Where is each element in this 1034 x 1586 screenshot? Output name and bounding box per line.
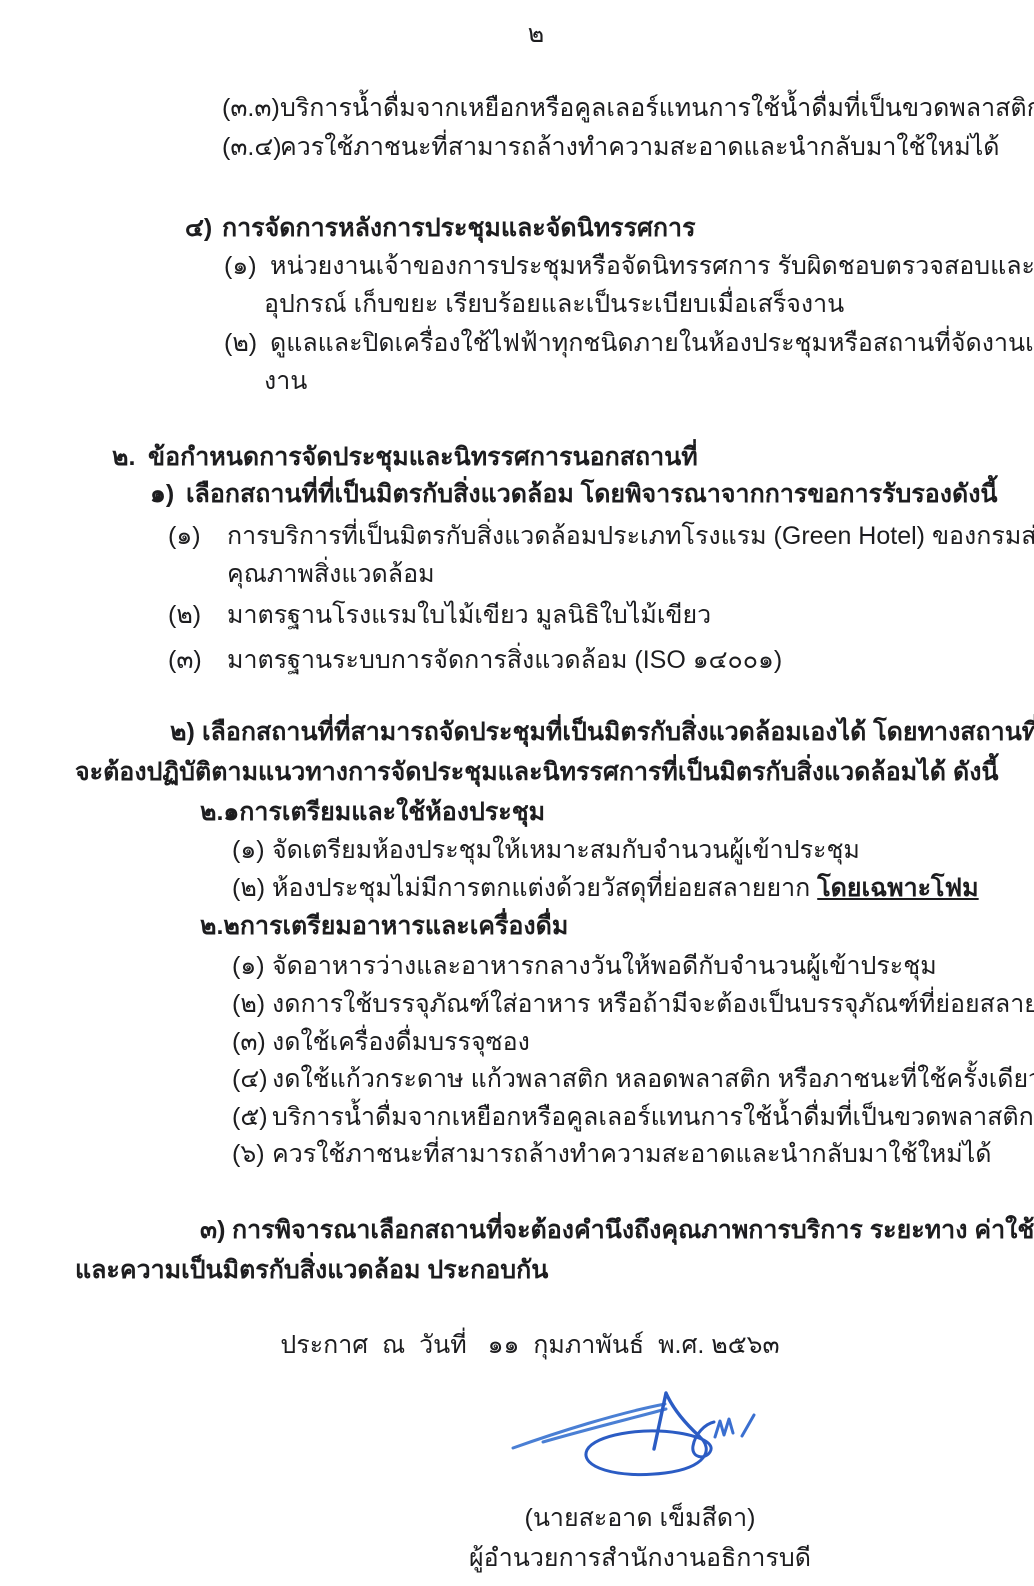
page-number: ๒ (36, 14, 1034, 54)
section-4-heading: ๔) การจัดการหลังการประชุมและจัดนิทรรศการ (185, 208, 696, 248)
page-number-text: ๒ (528, 14, 544, 54)
sub-1-item-2: (๒) มาตรฐานโรงแรมใบไม้เขียว มูลนิธิใบไม้… (168, 595, 711, 635)
list-item-marker: (๕) (232, 1097, 272, 1137)
paragraph-text: จะต้องปฏิบัติตามแนวทางการจัดประชุมและนิท… (75, 752, 999, 792)
paragraph-text: การพิจารณาเลือกสถานที่จะต้องคำนึงถึงคุณภ… (232, 1210, 1034, 1250)
sub-2-1-item-2: (๒) ห้องประชุมไม่มีการตกแต่งด้วยวัสดุที่… (232, 868, 979, 908)
signer-name-text: (นายสะอาด เข็มสีดา) (525, 1498, 756, 1538)
list-item-text: ดูแลและปิดเครื่องใช้ไฟฟ้าทุกชนิดภายในห้อ… (270, 323, 1034, 363)
paragraph-text: เลือกสถานที่ที่สามารถจัดประชุมที่เป็นมิต… (202, 712, 1034, 752)
list-item-marker: (๑) (224, 246, 270, 286)
signer-title: ผู้อำนวยการสำนักงานอธิการบดี (390, 1538, 890, 1578)
list-item-marker: (๑) (168, 516, 227, 556)
list-item-text-emphasis: โดยเฉพาะโฟม (817, 874, 978, 902)
section-2-marker: ๒. (112, 437, 148, 477)
sub-2-marker: ๒) (170, 712, 202, 752)
sub-2-1-item-1: (๑) จัดเตรียมห้องประชุมให้เหมาะสมกับจำนว… (232, 830, 860, 870)
sub-2-2-title: ๒.๒การเตรียมอาหารและเครื่องดื่ม (200, 906, 568, 946)
list-item-marker: (๑) (232, 830, 272, 870)
sub-2-2-item-4: (๔) งดใช้แก้วกระดาษ แก้วพลาสติก หลอดพลาส… (232, 1059, 1034, 1099)
section-2-title: ข้อกำหนดการจัดประชุมและนิทรรศการนอกสถานท… (148, 437, 698, 477)
section-4-item-2-line-1: (๒) ดูแลและปิดเครื่องใช้ไฟฟ้าทุกชนิดภายใ… (224, 323, 1034, 363)
section-4-title: การจัดการหลังการประชุมและจัดนิทรรศการ (222, 208, 696, 248)
list-item-marker: (๒) (224, 323, 270, 363)
list-item-text: บริการน้ำดื่มจากเหยือกหรือคูลเลอร์แทนการ… (272, 1097, 1034, 1137)
list-item-text: ควรใช้ภาชนะที่สามารถล้างทำความสะอาดและนำ… (280, 127, 1000, 167)
list-item-marker: (๓.๓) (222, 88, 280, 128)
list-item-marker: (๒) (232, 868, 272, 908)
signature-stroke-spike (654, 1393, 699, 1449)
list-item-marker: (๓) (232, 1022, 272, 1062)
list-item-marker: (๖) (232, 1134, 272, 1174)
list-item-text: อุปกรณ์ เก็บขยะ เรียบร้อยและเป็นระเบียบเ… (264, 284, 844, 324)
list-item-marker: (๓.๔) (222, 127, 280, 167)
sub-2-2-item-5: (๕) บริการน้ำดื่มจากเหยือกหรือคูลเลอร์แท… (232, 1097, 1034, 1137)
announcement-date-line: ประกาศ ณ วันที่ ๑๑ กุมภาพันธ์ พ.ศ. ๒๕๖๓ (180, 1325, 880, 1365)
list-item-text: งดการใช้บรรจุภัณฑ์ใส่อาหาร หรือถ้ามีจะต้… (272, 984, 1034, 1024)
signature-stroke-squiggle (715, 1415, 754, 1437)
list-item-text: มาตรฐานโรงแรมใบไม้เขียว มูลนิธิใบไม้เขีย… (227, 595, 711, 635)
signature-icon (503, 1380, 759, 1484)
sub-2-2-heading: ๒.๒การเตรียมอาหารและเครื่องดื่ม (200, 906, 568, 946)
list-item-text: จัดเตรียมห้องประชุมให้เหมาะสมกับจำนวนผู้… (272, 830, 860, 870)
list-item-marker: (๒) (168, 595, 227, 635)
sub-1-item-1-line-2: คุณภาพสิ่งแวดล้อม (227, 554, 435, 594)
list-item-text: มาตรฐานระบบการจัดการสิ่งแวดล้อม (ISO ๑๔๐… (227, 640, 782, 680)
sub-2-2-item-1: (๑) จัดอาหารว่างและอาหารกลางวันให้พอดีกั… (232, 946, 937, 986)
list-item-text: งดใช้แก้วกระดาษ แก้วพลาสติก หลอดพลาสติก … (272, 1059, 1034, 1099)
date-text: ประกาศ ณ วันที่ ๑๑ กุมภาพันธ์ พ.ศ. ๒๕๖๓ (280, 1325, 779, 1365)
paragraph-text: และความเป็นมิตรกับสิ่งแวดล้อม ประกอบกัน (75, 1250, 548, 1290)
list-item-text: การบริการที่เป็นมิตรกับสิ่งแวดล้อมประเภท… (227, 516, 1034, 556)
section-2-heading: ๒. ข้อกำหนดการจัดประชุมและนิทรรศการนอกสถ… (112, 437, 698, 477)
sub-1-item-1-line-1: (๑) การบริการที่เป็นมิตรกับสิ่งแวดล้อมปร… (168, 516, 1034, 556)
sub-2-2-item-6: (๖) ควรใช้ภาชนะที่สามารถล้างทำความสะอาดแ… (232, 1134, 992, 1174)
sub-2-1-title: ๒.๑การเตรียมและใช้ห้องประชุม (200, 792, 545, 832)
list-item-marker: (๑) (232, 946, 272, 986)
sub-1-marker: ๑) (150, 474, 186, 514)
list-item-text: จัดอาหารว่างและอาหารกลางวันให้พอดีกับจำน… (272, 946, 937, 986)
list-item-text: ห้องประชุมไม่มีการตกแต่งด้วยวัสดุที่ย่อย… (272, 868, 979, 908)
list-item-text: บริการน้ำดื่มจากเหยือกหรือคูลเลอร์แทนการ… (280, 88, 1034, 128)
list-item-3-3: (๓.๓) บริการน้ำดื่มจากเหยือกหรือคูลเลอร์… (222, 88, 1034, 128)
list-item-text: งดใช้เครื่องดื่มบรรจุซอง (272, 1022, 530, 1062)
list-item-text: ควรใช้ภาชนะที่สามารถล้างทำความสะอาดและนำ… (272, 1134, 992, 1174)
list-item-text: งาน (264, 361, 307, 401)
sub-2-1-heading: ๒.๑การเตรียมและใช้ห้องประชุม (200, 792, 545, 832)
sub-3-paragraph-line-2: และความเป็นมิตรกับสิ่งแวดล้อม ประกอบกัน (75, 1250, 548, 1290)
section-4-marker: ๔) (185, 208, 222, 248)
signer-name: (นายสะอาด เข็มสีดา) (390, 1498, 890, 1538)
signer-title-text: ผู้อำนวยการสำนักงานอธิการบดี (469, 1538, 811, 1578)
signature-stroke-sweep (513, 1404, 666, 1448)
section-2-sub-1-heading: ๑) เลือกสถานที่ที่เป็นมิตรกับสิ่งแวดล้อม… (150, 474, 998, 514)
list-item-marker: (๓) (168, 640, 227, 680)
list-item-marker: (๒) (232, 984, 272, 1024)
list-item-text: คุณภาพสิ่งแวดล้อม (227, 554, 435, 594)
sub-3-paragraph-line-1: ๓) การพิจารณาเลือกสถานที่จะต้องคำนึงถึงค… (200, 1210, 1034, 1250)
section-4-item-1-line-2: อุปกรณ์ เก็บขยะ เรียบร้อยและเป็นระเบียบเ… (264, 284, 844, 324)
document-page: ๒ (๓.๓) บริการน้ำดื่มจากเหยือกหรือคูลเลอ… (0, 0, 1034, 1586)
sub-2-2-item-3: (๓) งดใช้เครื่องดื่มบรรจุซอง (232, 1022, 530, 1062)
list-item-text: หน่วยงานเจ้าของการประชุมหรือจัดนิทรรศการ… (270, 246, 1034, 286)
section-4-item-1-line-1: (๑) หน่วยงานเจ้าของการประชุมหรือจัดนิทรร… (224, 246, 1034, 286)
list-item-marker: (๔) (232, 1059, 272, 1099)
section-4-item-2-line-2: งาน (264, 361, 307, 401)
sub-1-item-3: (๓) มาตรฐานระบบการจัดการสิ่งแวดล้อม (ISO… (168, 640, 782, 680)
list-item-3-4: (๓.๔) ควรใช้ภาชนะที่สามารถล้างทำความสะอา… (222, 127, 1000, 167)
sub-3-marker: ๓) (200, 1210, 232, 1250)
sub-2-2-item-2: (๒) งดการใช้บรรจุภัณฑ์ใส่อาหาร หรือถ้ามี… (232, 984, 1034, 1024)
sub-2-paragraph-line-2: จะต้องปฏิบัติตามแนวทางการจัดประชุมและนิท… (75, 752, 999, 792)
sub-2-paragraph-line-1: ๒) เลือกสถานที่ที่สามารถจัดประชุมที่เป็น… (170, 712, 1034, 752)
sub-1-title: เลือกสถานที่ที่เป็นมิตรกับสิ่งแวดล้อม โด… (186, 474, 998, 514)
list-item-text-normal: ห้องประชุมไม่มีการตกแต่งด้วยวัสดุที่ย่อย… (272, 874, 817, 902)
